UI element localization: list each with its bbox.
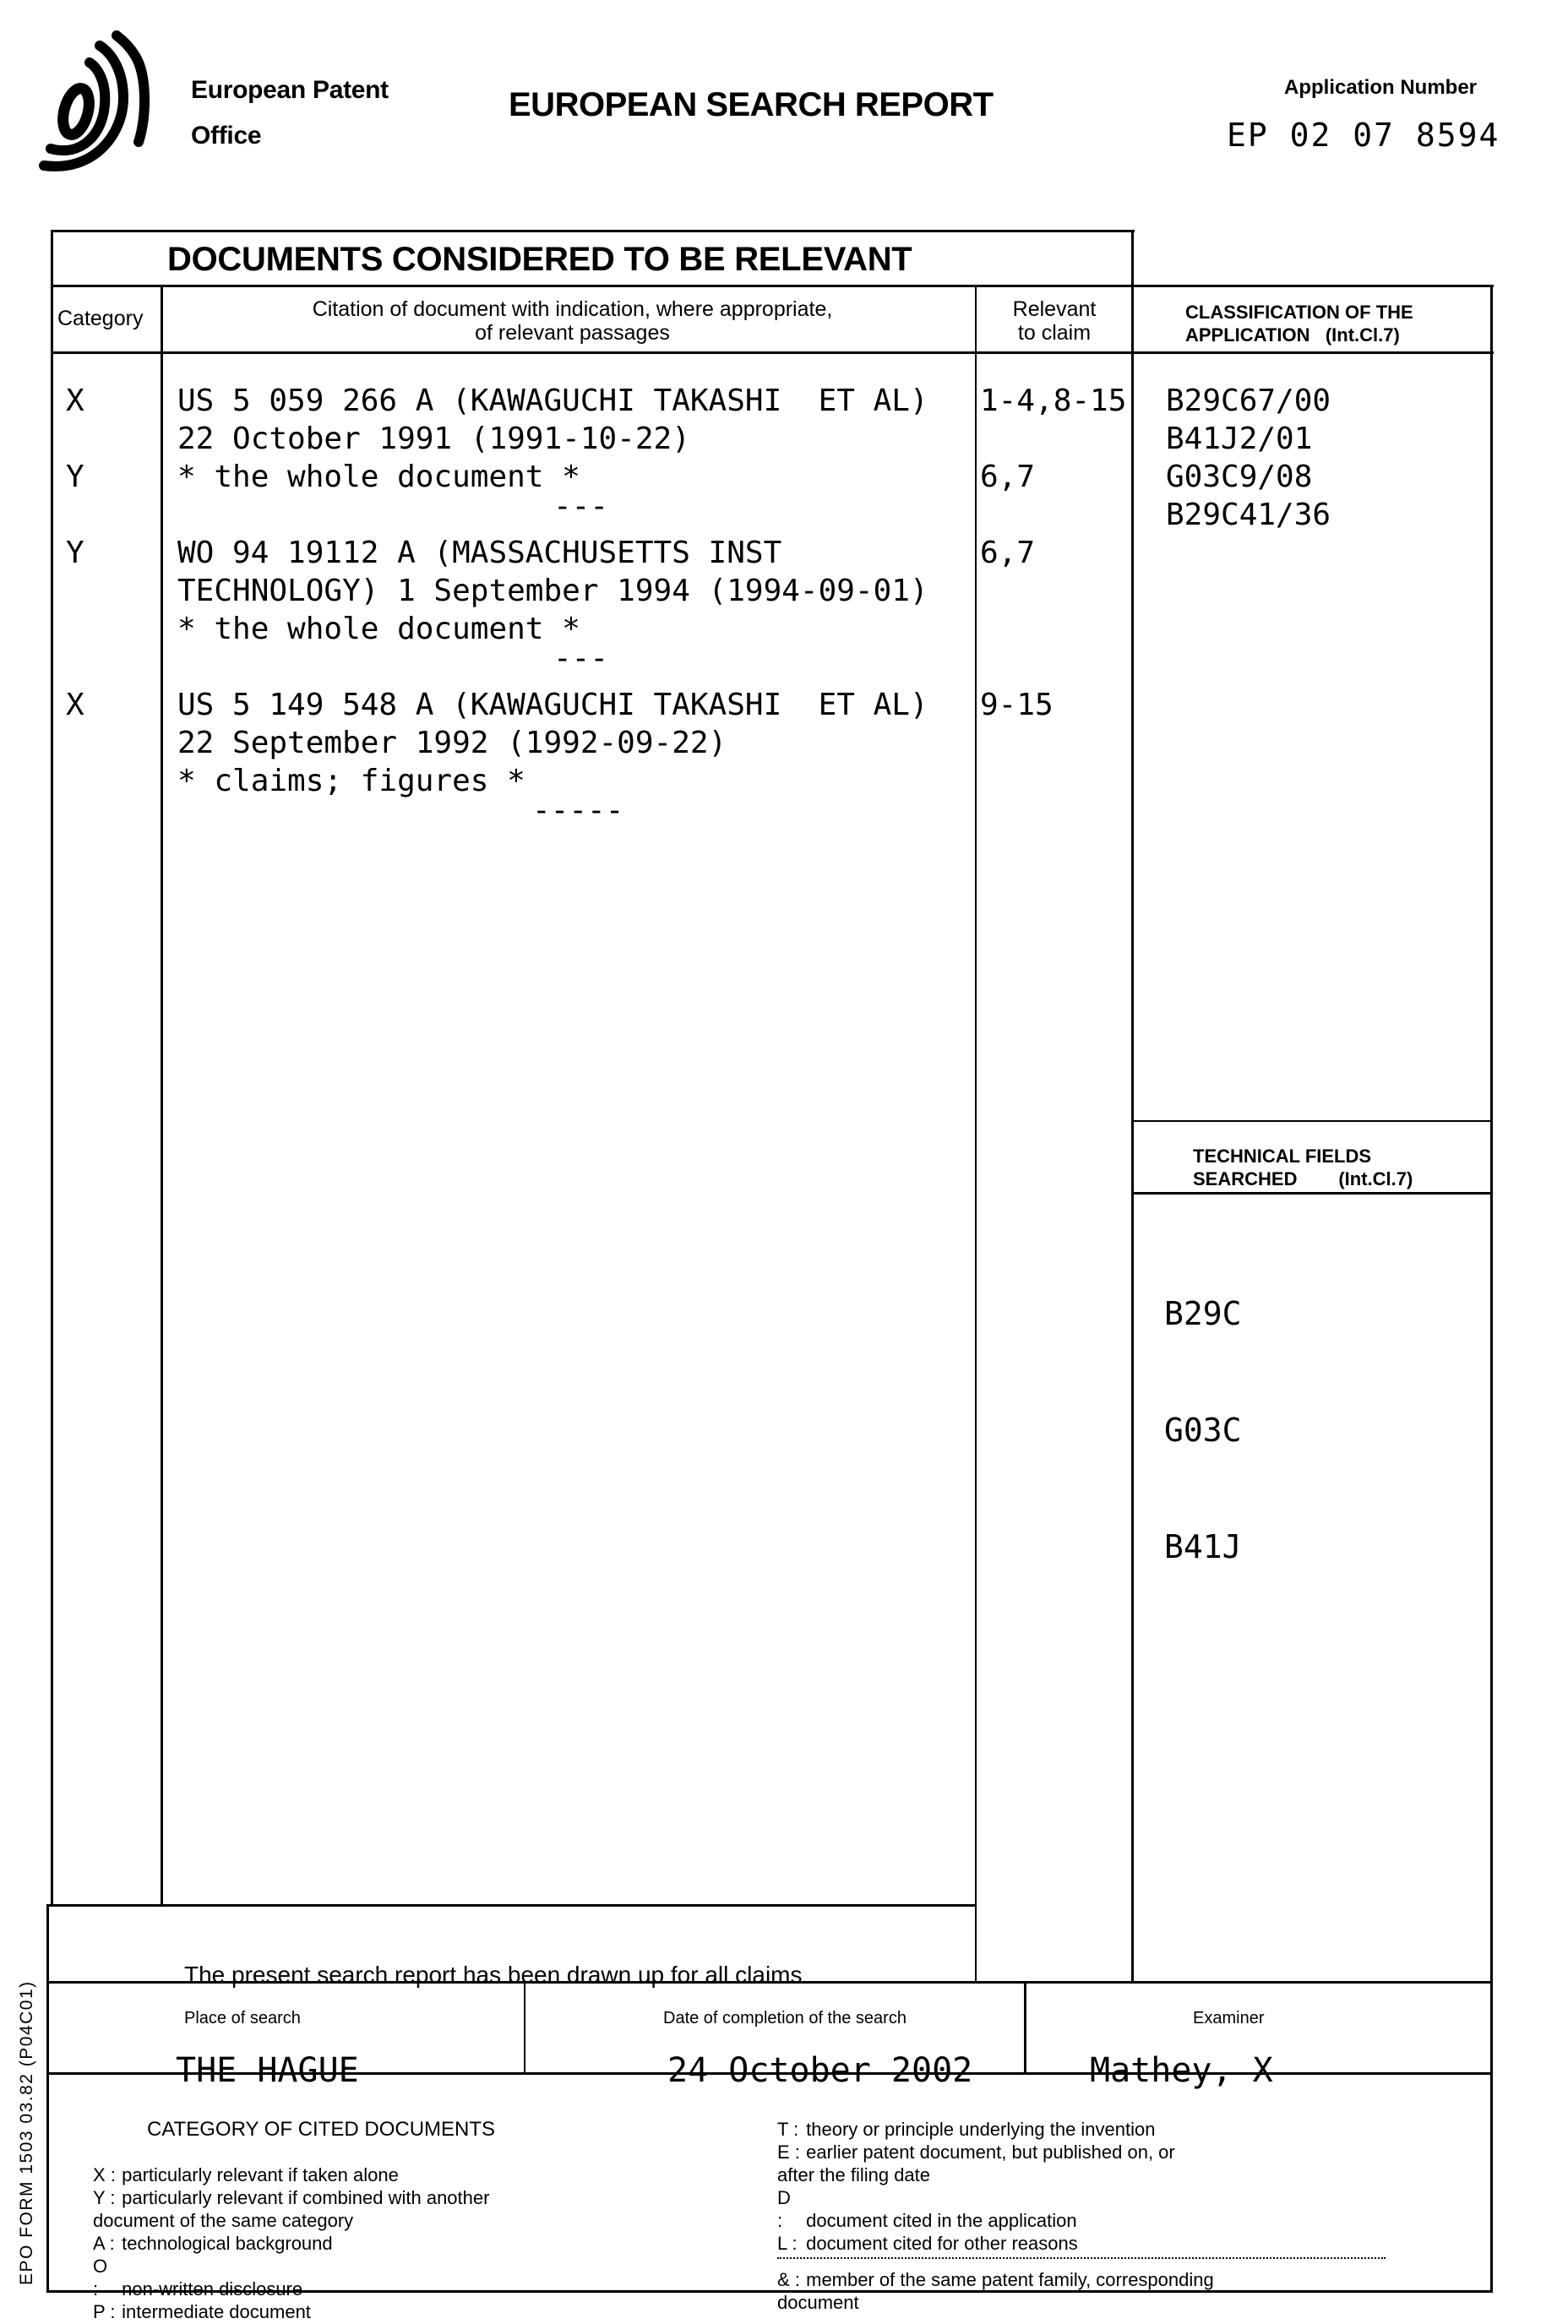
classification-header-line1: CLASSIFICATION OF THE <box>1185 301 1413 324</box>
citation-relevant-claims: 9-15 <box>980 686 1053 724</box>
citation-category: X <box>66 382 84 420</box>
classification-code: B41J2/01 <box>1166 420 1312 458</box>
citation-text: 22 October 1991 (1991-10-22) <box>177 420 690 458</box>
legend-dotted-divider <box>777 2257 1386 2259</box>
citation-separator: ----- <box>532 803 623 819</box>
technical-fields-codes: B29C G03C B41J <box>1164 1216 1242 1605</box>
legend-text: intermediate document <box>122 2301 311 2322</box>
application-number: EP 02 07 8594 <box>1227 117 1500 154</box>
legend-amp-list: & : member of the same patent family, co… <box>777 2268 1214 2314</box>
legend-code: A : <box>93 2232 117 2255</box>
office-name: European Patent Office <box>191 68 389 159</box>
legend-item-x: X : particularly relevant if taken alone <box>93 2163 489 2186</box>
office-name-line2: Office <box>191 113 389 159</box>
citation-relevant-claims: 6,7 <box>980 534 1035 572</box>
legend-text: member of the same patent family, corres… <box>806 2269 1214 2290</box>
technical-field-code: B41J <box>1164 1527 1242 1566</box>
classification-code: B29C41/36 <box>1166 496 1331 534</box>
legend-item-e-continued: after the filing date <box>777 2163 1175 2186</box>
citation-relevant-claims: 6,7 <box>980 458 1035 496</box>
examiner-value: Mathey, X <box>1090 2051 1273 2090</box>
citation-category: Y <box>66 534 84 572</box>
citation-relevant-claims: 1-4,8-15 <box>980 382 1126 420</box>
technical-fields-title: TECHNICAL FIELDS SEARCHED (Int.Cl.7) <box>1193 1145 1413 1190</box>
citation-separator: --- <box>553 650 608 667</box>
legend-code: O : <box>93 2255 117 2300</box>
legend-text: theory or principle underlying the inven… <box>806 2119 1155 2140</box>
citation-header-line2: of relevant passages <box>169 321 976 345</box>
citation-text: WO 94 19112 A (MASSACHUSETTS INST <box>177 534 781 572</box>
column-header-citation: Citation of document with indication, wh… <box>169 297 976 345</box>
column-header-classification: CLASSIFICATION OF THE APPLICATION (Int.C… <box>1185 301 1413 346</box>
legend-text: technological background <box>122 2233 333 2254</box>
legend-item-amp-continued: document <box>777 2291 1214 2314</box>
legend-item-t: T : theory or principle underlying the i… <box>777 2118 1175 2141</box>
legend-code: L : <box>777 2232 801 2255</box>
legend-left-list: X : particularly relevant if taken alone… <box>93 2163 489 2323</box>
legend-item-e: E : earlier patent document, but publish… <box>777 2141 1175 2163</box>
citation-text: US 5 059 266 A (KAWAGUCHI TAKASHI ET AL) <box>177 382 928 420</box>
epo-logo-icon <box>35 24 158 174</box>
legend-item-p: P : intermediate document <box>93 2300 489 2323</box>
report-title: EUROPEAN SEARCH REPORT <box>509 86 994 124</box>
form-number-side-label: EPO FORM 1503 03.82 (P04C01) <box>17 1980 37 2285</box>
citation-separator: --- <box>553 498 608 515</box>
completion-date-value: 24 October 2002 <box>667 2051 972 2090</box>
legend-code: E : <box>777 2141 801 2163</box>
application-number-label: Application Number <box>1284 76 1477 100</box>
relevant-header-line1: Relevant <box>978 297 1130 321</box>
completion-date-label: Date of completion of the search <box>663 2009 906 2028</box>
legend-text: earlier patent document, but published o… <box>806 2142 1175 2163</box>
citation-text: * claims; figures * <box>177 762 525 800</box>
legend-item-a: A : technological background <box>93 2232 489 2255</box>
classification-header-line2: APPLICATION (Int.Cl.7) <box>1185 324 1413 346</box>
legend-code: T : <box>777 2118 801 2141</box>
technical-fields-title-line2: SEARCHED (Int.Cl.7) <box>1193 1167 1413 1190</box>
legend-item-y: Y : particularly relevant if combined wi… <box>93 2186 489 2209</box>
relevant-header-line2: to claim <box>978 321 1130 345</box>
technical-fields-title-line1: TECHNICAL FIELDS <box>1193 1145 1413 1167</box>
legend-code: Y : <box>93 2186 117 2209</box>
legend-right-list: T : theory or principle underlying the i… <box>777 2118 1175 2255</box>
legend-text: document cited in the application <box>806 2210 1076 2231</box>
citation-text: 22 September 1992 (1992-09-22) <box>177 724 727 762</box>
legend-item-y-continued: document of the same category <box>93 2209 489 2232</box>
legend-item-amp: & : member of the same patent family, co… <box>777 2268 1214 2291</box>
legend-code: X : <box>93 2163 117 2186</box>
legend-code: D : <box>777 2186 801 2232</box>
citation-text: US 5 149 548 A (KAWAGUCHI TAKASHI ET AL) <box>177 686 928 724</box>
citation-category: Y <box>66 458 84 496</box>
examiner-label: Examiner <box>1193 2009 1264 2028</box>
citation-text: TECHNOLOGY) 1 September 1994 (1994-09-01… <box>177 572 928 610</box>
column-header-category: Category <box>57 307 143 330</box>
classification-code: G03C9/08 <box>1166 458 1312 496</box>
legend-text: particularly relevant if taken alone <box>122 2164 399 2185</box>
legend-item-o: O : non-written disclosure <box>93 2255 489 2300</box>
legend-text: particularly relevant if combined with a… <box>122 2187 489 2208</box>
legend-code: P : <box>93 2300 117 2323</box>
office-name-line1: European Patent <box>191 68 389 113</box>
documents-section-title: DOCUMENTS CONSIDERED TO BE RELEVANT <box>167 241 912 279</box>
column-header-relevant: Relevant to claim <box>978 297 1130 345</box>
legend-item-d: D : document cited in the application <box>777 2186 1175 2232</box>
legend-text: document cited for other reasons <box>806 2233 1078 2254</box>
place-of-search-value: THE HAGUE <box>176 2051 359 2090</box>
citation-text: * the whole document * <box>177 610 580 648</box>
search-report-statement: The present search report has been drawn… <box>184 1962 803 1989</box>
legend-code: & : <box>777 2268 801 2291</box>
technical-field-code: B29C <box>1164 1294 1242 1333</box>
citation-header-line1: Citation of document with indication, wh… <box>169 297 976 321</box>
legend-title: CATEGORY OF CITED DOCUMENTS <box>147 2118 495 2142</box>
citation-category: X <box>66 686 84 724</box>
technical-field-code: G03C <box>1164 1411 1242 1450</box>
legend-item-l: L : document cited for other reasons <box>777 2232 1175 2255</box>
place-of-search-label: Place of search <box>184 2009 301 2028</box>
citation-text: * the whole document * <box>177 458 580 496</box>
classification-code: B29C67/00 <box>1166 382 1331 420</box>
legend-text: non-written disclosure <box>122 2278 302 2300</box>
